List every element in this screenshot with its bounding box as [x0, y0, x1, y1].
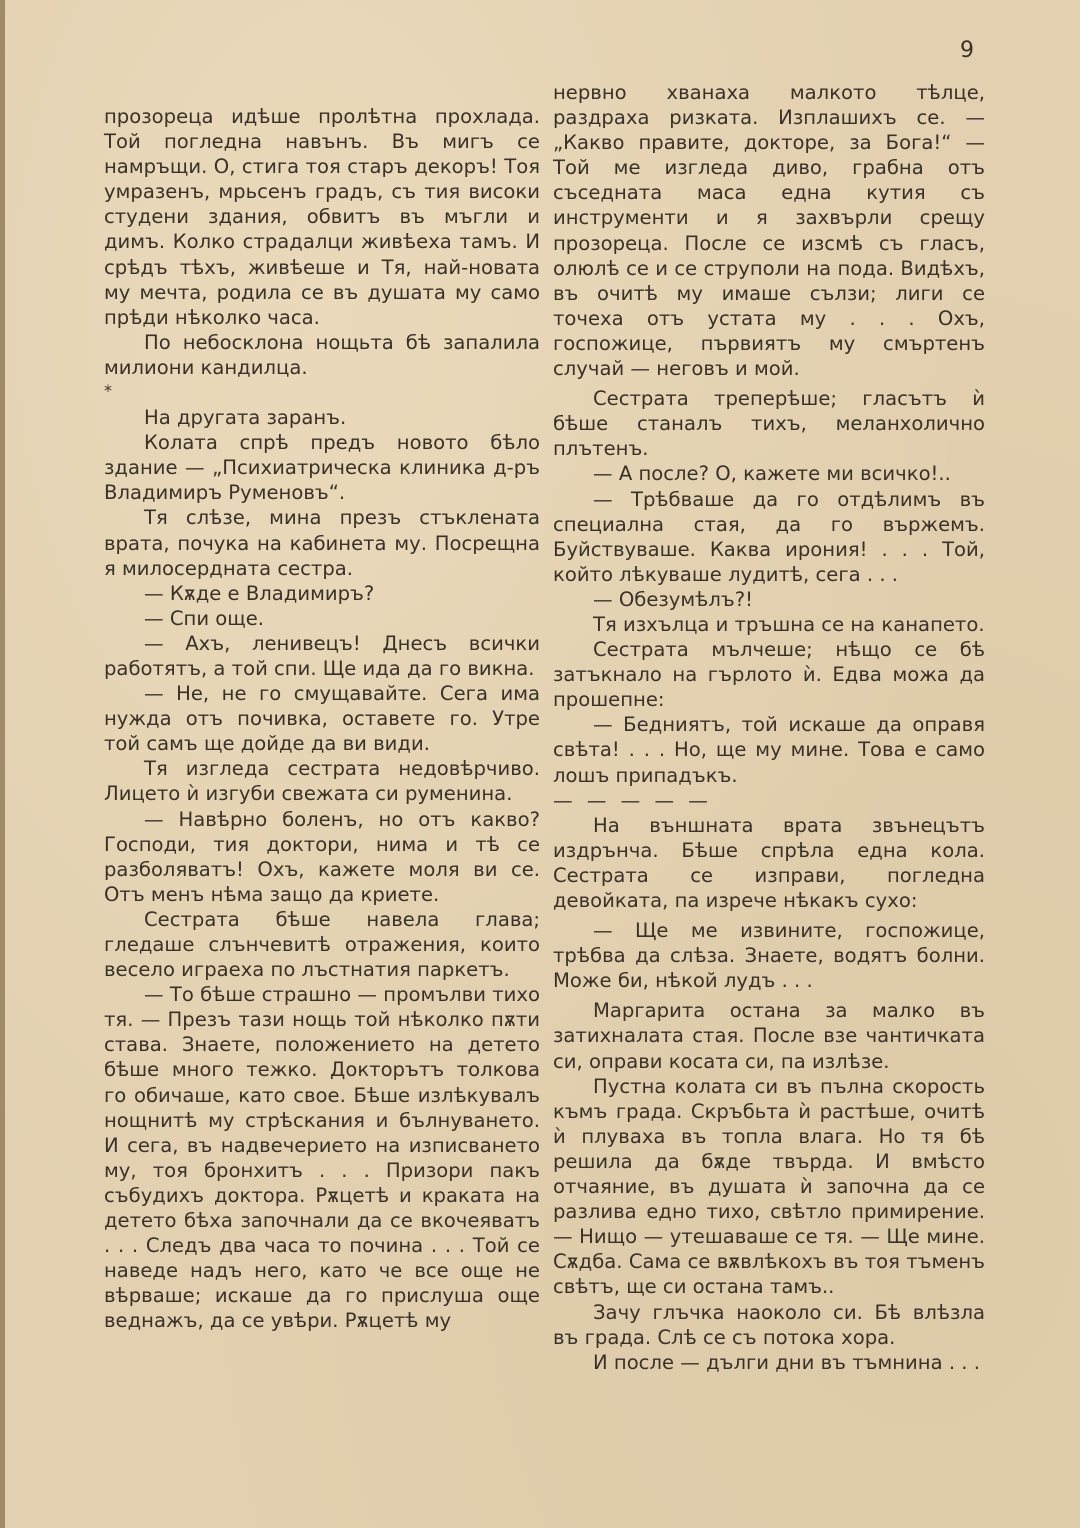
page-number: 9	[960, 38, 974, 63]
paragraph: прозореца идѣше пролѣтна прохлада. Той п…	[104, 104, 540, 330]
section-separator: — — — — —	[553, 788, 985, 813]
paragraph: И после — дълги дни въ тъмнина . . .	[553, 1350, 985, 1375]
dialogue-line: — Обезумѣлъ?!	[553, 587, 985, 612]
page-edge	[0, 0, 5, 1528]
paragraph: Зачу глъчка наоколо си. Бѣ влѣзла въ гра…	[553, 1300, 985, 1350]
paragraph: нервно хванаха малкото тѣлце, раздраха р…	[553, 80, 985, 381]
left-column: прозореца идѣше пролѣтна прохлада. Той п…	[104, 104, 540, 1334]
dialogue-line: — То бѣше страшно — промълви тихо тя. — …	[104, 982, 540, 1333]
dialogue-line: — Навѣрно боленъ, но отъ какво? Господи,…	[104, 807, 540, 907]
paragraph: На външната врата звънецътъ издрънча. Бѣ…	[553, 813, 985, 913]
paragraph: Сестрата мълчеше; нѣщо се бѣ затъкнало н…	[553, 637, 985, 712]
paragraph: Маргарита остана за малко въ затихналата…	[553, 998, 985, 1073]
dialogue-line: — Ахъ, ленивецъ! Днесъ всички работятъ, …	[104, 631, 540, 681]
dialogue-line: — Трѣбваше да го отдѣлимъ въ специална с…	[553, 487, 985, 587]
dialogue-line: — Бедниятъ, той искаше да оправя свѣта! …	[553, 712, 985, 787]
paragraph: По небосклона нощьта бѣ запалила милиони…	[104, 330, 540, 380]
paragraph: На другата заранъ.	[104, 405, 540, 430]
dialogue-line: — Ще ме извините, госпожице, трѣбва да с…	[553, 918, 985, 993]
paragraph: Пустна колата си въ пълна скорость къмъ …	[553, 1074, 985, 1300]
dialogue-line: — Не, не го смущавайте. Сега има нужда о…	[104, 681, 540, 756]
paragraph: Сестрата бѣше навела глава; гледаше слън…	[104, 907, 540, 982]
paragraph: Тя слѣзе, мина презъ стъклената врата, п…	[104, 505, 540, 580]
paragraph: Колата спрѣ предъ новото бѣло здание — „…	[104, 430, 540, 505]
paragraph: Тя изхълца и тръшна се на канапето.	[553, 612, 985, 637]
dialogue-line: — Кѫде е Владимиръ?	[104, 581, 540, 606]
section-separator: *	[104, 380, 540, 405]
paragraph: Сестрата треперѣше; гласътъ ѝ бѣше стана…	[553, 386, 985, 461]
paragraph: Тя изгледа сестрата недовѣрчиво. Лицето …	[104, 756, 540, 806]
right-column: нервно хванаха малкото тѣлце, раздраха р…	[553, 80, 985, 1375]
dialogue-line: — Спи още.	[104, 606, 540, 631]
dialogue-line: — А после? О, кажете ми всичко!..	[553, 461, 985, 486]
